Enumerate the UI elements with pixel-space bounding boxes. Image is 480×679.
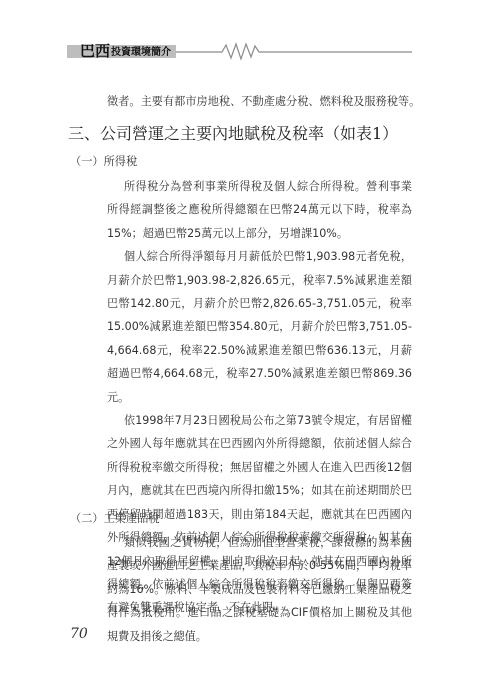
- paragraph: 類似我國之貨物稅，但為加值型營業稅，課徵標的為本國產製或外國進口之工業產品，其稅…: [107, 531, 412, 648]
- subsection-heading-income-tax: （一）所得稅: [70, 155, 137, 169]
- intro-continuation: 徵者。主要有都市房地稅、不動產處分稅、燃料稅及服務稅等。: [107, 95, 420, 109]
- section-heading: 三、公司營運之主要內地賦稅及稅率（如表1）: [68, 124, 398, 144]
- paragraph: 所得稅分為營利事業所得稅及個人綜合所得稅。營利事業所得經調整後之應稅所得總額在巴…: [107, 175, 412, 245]
- running-header: 巴西 投資環境簡介: [0, 0, 480, 70]
- page-number: 70: [70, 626, 88, 642]
- zigzag-line-icon: [0, 0, 480, 70]
- header-title-large: 巴西: [80, 42, 110, 60]
- paragraph: 個人綜合所得淨額每月月薪低於巴幣1,903.98元者免稅，月薪介於巴幣1,903…: [107, 245, 412, 409]
- subsection-heading-industrial-products-tax: （二）工業產品稅: [70, 512, 160, 526]
- industrial-products-tax-body: 類似我國之貨物稅，但為加值型營業稅，課徵標的為本國產製或外國進口之工業產品，其稅…: [107, 531, 412, 648]
- header-title: 巴西 投資環境簡介: [80, 40, 171, 60]
- header-title-small: 投資環境簡介: [111, 45, 171, 60]
